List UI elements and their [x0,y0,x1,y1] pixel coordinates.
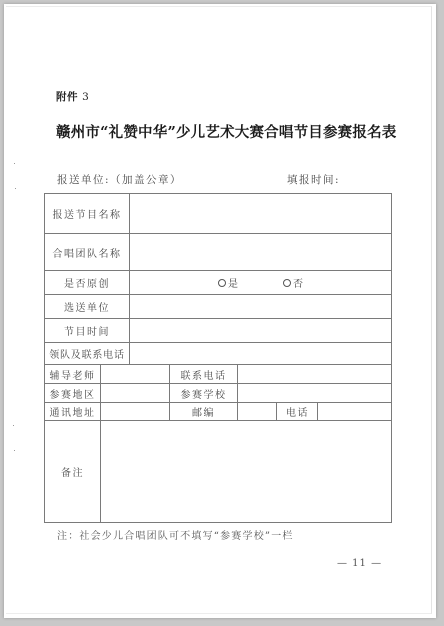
school-label: 参赛学校 [169,383,238,403]
scan-speck [13,425,14,426]
coach-label: 辅导老师 [44,364,101,384]
phone-field[interactable] [318,402,391,421]
program-name-label: 报送节目名称 [44,193,130,234]
attachment-text: 附件 [56,91,78,103]
remarks-field[interactable] [101,420,391,522]
selected-unit-label: 选送单位 [44,294,130,319]
original-label: 是否原创 [44,270,130,295]
address-field[interactable] [101,402,169,421]
leader-contact-field[interactable] [130,342,391,365]
choir-name-field[interactable] [130,233,391,271]
leader-contact-label: 领队及联系电话 [44,342,130,365]
table-border-bottom [44,522,392,523]
original-yes-radio[interactable]: 是 [218,275,240,290]
school-field[interactable] [238,383,391,403]
coach-field[interactable] [101,364,169,384]
coach-phone-label: 联系电话 [169,364,238,384]
original-no-label: 否 [293,275,305,290]
program-name-field[interactable] [130,193,391,234]
submitting-unit-label: 报送单位:（加盖公章） [57,172,182,187]
page-number: — 11 — [337,558,382,569]
radio-circle-icon [283,279,291,287]
scan-speck [14,450,15,451]
original-yes-label: 是 [228,275,240,290]
footnote: 注：社会少儿合唱团队可不填写“参赛学校”一栏 [57,527,294,542]
document-title: 赣州市“礼赞中华”少儿艺术大赛合唱节目参赛报名表 [56,121,396,142]
coach-phone-field[interactable] [238,364,391,384]
scan-speck [14,163,15,164]
attachment-label: 附件 3 [56,89,89,104]
postcode-label: 邮编 [169,402,238,421]
choir-name-label: 合唱团队名称 [44,233,130,271]
address-label: 通讯地址 [44,402,101,421]
fill-date-label: 填报时间: [287,172,340,187]
radio-circle-icon [218,279,226,287]
original-no-radio[interactable]: 否 [283,275,305,290]
region-label: 参赛地区 [44,383,101,403]
program-duration-label: 节目时间 [44,318,130,343]
postcode-field[interactable] [238,402,277,421]
original-options: 是 否 [130,270,391,295]
remarks-label: 备注 [44,420,101,522]
scan-speck [15,188,16,189]
phone-label: 电话 [277,402,318,421]
program-duration-field[interactable] [130,318,391,343]
region-field[interactable] [101,383,169,403]
table-border-right [391,193,392,523]
selected-unit-field[interactable] [130,294,391,319]
attachment-number: 3 [82,91,89,103]
